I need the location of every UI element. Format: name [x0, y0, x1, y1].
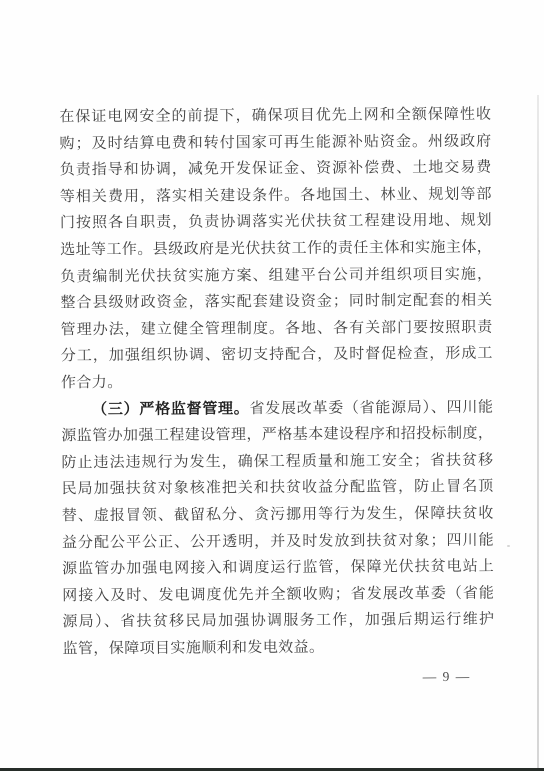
text-line: 益分配公平公正、公开透明，并及时发放到扶贫对象；四川能	[62, 527, 494, 556]
text-line: 源监管办加强电网接入和调度运行监管，保障光伏扶贫电站上	[62, 554, 494, 583]
scan-speck	[507, 545, 510, 547]
section-first-line-text: 省发展改革委（省能源局）、四川能	[249, 399, 493, 416]
text-line: 负责编制光伏扶贫实施方案、组建平台公司并组织项目实施，	[60, 261, 492, 290]
text-line: 选址等工作。县级政府是光伏扶贫工作的责任主体和实施主体，	[60, 235, 492, 264]
page-number: — 9 —	[423, 668, 471, 686]
text-line: 分工，加强组织协调、密切支持配合，及时督促检查，形成工	[61, 341, 493, 370]
text-line: 源监管办加强工程建设管理，严格基本建设程序和招投标制度，	[61, 421, 493, 450]
text-line: 替、虚报冒领、截留私分、贪污挪用等行为发生，保障扶贫收	[62, 501, 494, 530]
text-line: 防止违法违规行为发生，确保工程质量和施工安全；省扶贫移	[61, 447, 493, 476]
text-line: 负责指导和协调，减免开发保证金、资源补偿费、土地交易费	[60, 155, 492, 184]
text-line: 作合力。	[61, 368, 493, 397]
text-line: 民局加强扶贫对象核准把关和扶贫收益分配监管，防止冒名顶	[62, 474, 494, 503]
text-line: 整合县级财政资金，落实配套建设资金；同时制定配套的相关	[60, 288, 492, 317]
scanned-page-content: 在保证电网安全的前提下，确保项目优先上网和全额保障性收 购；及时结算电费和转付国…	[0, 0, 544, 771]
scan-speck	[484, 140, 488, 142]
text-line: 网接入及时、发电调度优先并全额收购；省发展改革委（省能	[62, 580, 494, 609]
body-text: 在保证电网安全的前提下，确保项目优先上网和全额保障性收 购；及时结算电费和转付国…	[59, 102, 494, 663]
text-line: 管理办法，建立健全管理制度。各地、各有关部门要按照职责	[61, 314, 493, 343]
text-line: 监管，保障项目实施顺利和发电效益。	[63, 634, 495, 663]
text-line-section-start: （三）严格监督管理。省发展改革委（省能源局）、四川能	[61, 394, 493, 423]
text-line: 源局）、省扶贫移民局加强协调服务工作，加强后期运行维护	[62, 607, 494, 636]
section-heading: （三）严格监督管理。	[92, 401, 249, 418]
scan-page-edge-right	[537, 95, 539, 771]
text-line: 等相关费用，落实相关建设条件。各地国土、林业、规划等部	[60, 181, 492, 210]
text-line: 门按照各自职责，负责协调落实光伏扶贫工程建设用地、规划	[60, 208, 492, 237]
document-page: 在保证电网安全的前提下，确保项目优先上网和全额保障性收 购；及时结算电费和转付国…	[0, 0, 544, 771]
text-line: 在保证电网安全的前提下，确保项目优先上网和全额保障性收	[59, 102, 491, 131]
text-line: 购；及时结算电费和转付国家可再生能源补贴资金。州级政府	[59, 128, 491, 157]
